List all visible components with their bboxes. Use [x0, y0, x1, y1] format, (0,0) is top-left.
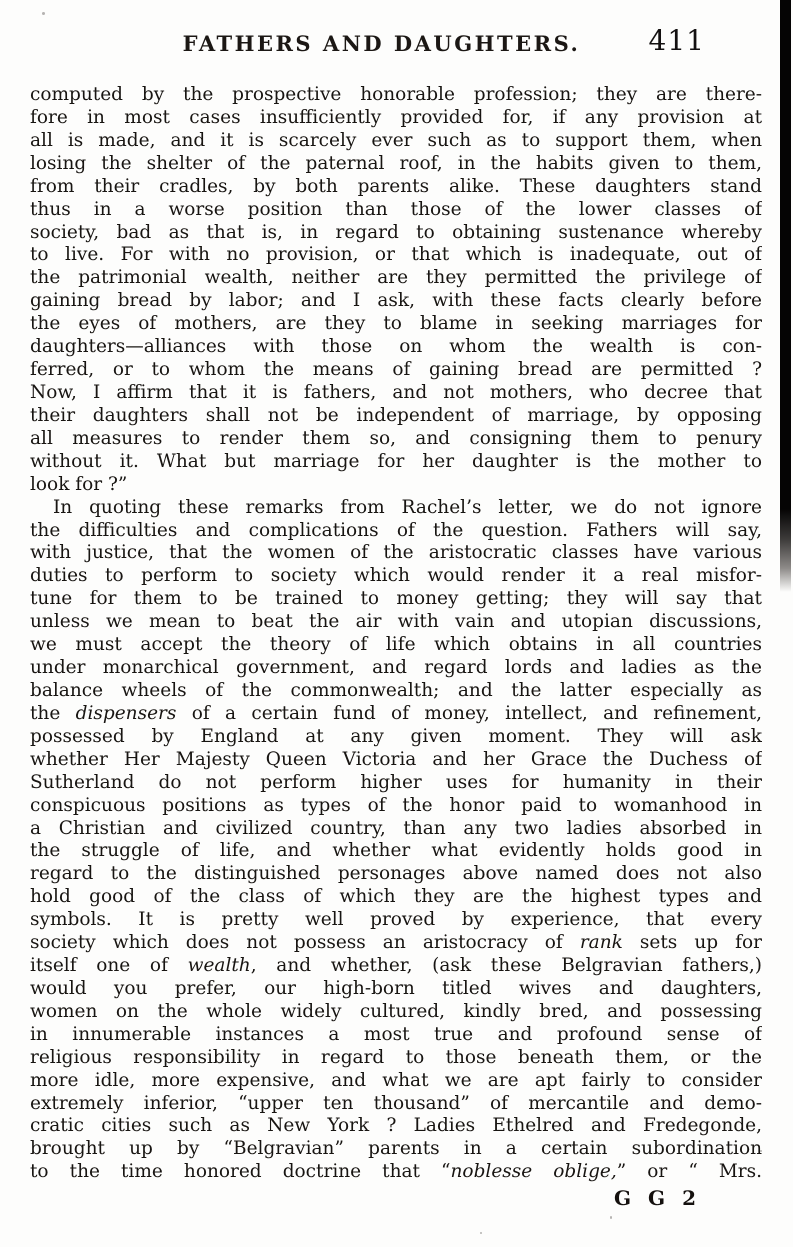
text-line: in innumerable instances a most true and… — [30, 1024, 762, 1047]
text-line: possessed by England at any given moment… — [30, 726, 762, 749]
scan-speck — [610, 1216, 612, 1219]
text-line: would you prefer, our high-born titled w… — [30, 978, 762, 1001]
text-line: itself one of wealth, and whether, (ask … — [30, 955, 762, 978]
text-line: society, bad as that is, in regard to ob… — [30, 222, 762, 245]
text-line: from their cradles, by both parents alik… — [30, 176, 762, 199]
text-line: Sutherland do not perform higher uses fo… — [30, 772, 762, 795]
text-line: conspicuous positions as types of the ho… — [30, 795, 762, 818]
page-number: 411 — [649, 24, 705, 57]
scan-speck — [42, 12, 45, 15]
text-line: to the time honored doctrine that “noble… — [30, 1161, 762, 1184]
text-line: the patrimonial wealth, neither are they… — [30, 267, 762, 290]
scan-artifact-bar — [780, 0, 791, 592]
paragraph: In quoting these remarks from Rachel’s l… — [30, 497, 762, 1185]
text-line: losing the shelter of the paternal roof,… — [30, 153, 762, 176]
text-line: In quoting these remarks from Rachel’s l… — [30, 497, 762, 520]
text-line: more idle, more expensive, and what we a… — [30, 1070, 762, 1093]
text-line: brought up by “Belgravian” parents in a … — [30, 1138, 762, 1161]
text-line: the dispensers of a certain fund of mone… — [30, 703, 762, 726]
text-line: a Christian and civilized country, than … — [30, 818, 762, 841]
text-line: cratic cities such as New York ? Ladies … — [30, 1115, 762, 1138]
text-line: extremely inferior, “upper ten thousand”… — [30, 1093, 762, 1116]
text-line: the difficulties and complications of th… — [30, 520, 762, 543]
book-page: FATHERS AND DAUGHTERS. 411 computed by t… — [0, 0, 793, 1247]
scan-speck — [760, 1150, 762, 1152]
text-line: tune for them to be trained to money get… — [30, 588, 762, 611]
text-line: the eyes of mothers, are they to blame i… — [30, 313, 762, 336]
text-line: daughters—alliances with those on whom t… — [30, 336, 762, 359]
text-line: look for ?” — [30, 474, 762, 497]
scan-speck — [230, 38, 232, 40]
text-line: without it. What but marriage for her da… — [30, 451, 762, 474]
scan-speck — [480, 1232, 482, 1234]
text-line: their daughters shall not be independent… — [30, 405, 762, 428]
text-line: religious responsibility in regard to th… — [30, 1047, 762, 1070]
text-line: society which does not possess an aristo… — [30, 932, 762, 955]
text-line: symbols. It is pretty well proved by exp… — [30, 909, 762, 932]
text-line: hold good of the class of which they are… — [30, 886, 762, 909]
text-line: all is made, and it is scarcely ever suc… — [30, 130, 762, 153]
text-line: regard to the distinguished personages a… — [30, 863, 762, 886]
text-line: ferred, or to whom the means of gaining … — [30, 359, 762, 382]
text-line: balance wheels of the commonwealth; and … — [30, 680, 762, 703]
text-line: under monarchical government, and regard… — [30, 657, 762, 680]
text-line: unless we mean to beat the air with vain… — [30, 611, 762, 634]
text-line: to live. For with no provision, or that … — [30, 244, 762, 267]
text-line: duties to perform to society which would… — [30, 565, 762, 588]
text-line: computed by the prospective honorable pr… — [30, 84, 762, 107]
text-line: whether Her Majesty Queen Victoria and h… — [30, 749, 762, 772]
text-line: the struggle of life, and whether what e… — [30, 840, 762, 863]
text-line: fore in most cases insufficiently provid… — [30, 107, 762, 130]
text-line: all measures to render them so, and cons… — [30, 428, 762, 451]
running-header-title: FATHERS AND DAUGHTERS. — [30, 31, 733, 56]
text-line: women on the whole widely cultured, kind… — [30, 1001, 762, 1024]
printers-signature: G G 2 — [614, 1186, 700, 1210]
text-line: with justice, that the women of the aris… — [30, 542, 762, 565]
text-line: thus in a worse position than those of t… — [30, 199, 762, 222]
page-body: computed by the prospective honorable pr… — [30, 84, 762, 1184]
text-line: Now, I affirm that it is fathers, and no… — [30, 382, 762, 405]
text-line: gaining bread by labor; and I ask, with … — [30, 290, 762, 313]
text-line: we must accept the theory of life which … — [30, 634, 762, 657]
paragraph: computed by the prospective honorable pr… — [30, 84, 762, 497]
